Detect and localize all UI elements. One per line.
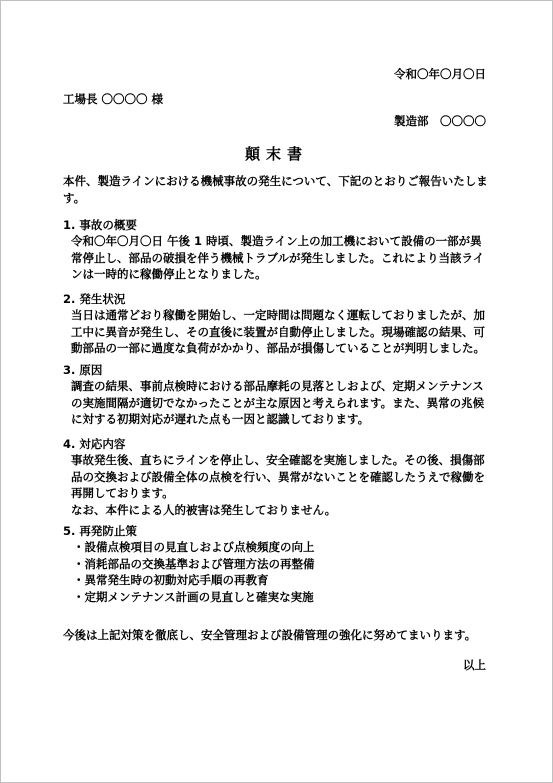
- recipient: 工場長 〇〇〇〇 様: [63, 91, 163, 107]
- section-overview: 1. 事故の概要 令和〇年〇月〇日 午後 1 時頃、製造ライン上の加工機において…: [63, 217, 489, 283]
- section-body: 令和〇年〇月〇日 午後 1 時頃、製造ライン上の加工機において設備の一部が異常停…: [63, 233, 489, 283]
- section-body: 調査の結果、事前点検時における部品摩耗の見落としおよび、定期メンテナンスの実施間…: [63, 378, 489, 428]
- list-item: 消耗部品の交換基準および管理方法の再整備: [73, 556, 489, 573]
- section-body: 事故発生後、直ちにラインを停止し、安全確認を実施しました。その後、損傷部品の交換…: [63, 452, 489, 518]
- prevention-list: 設備点検項目の見直しおよび点検頻度の向上 消耗部品の交換基準および管理方法の再整…: [63, 539, 489, 605]
- section-heading: 4. 対応内容: [63, 436, 489, 452]
- list-item: 定期メンテナンス計画の見直しと確実な実施: [73, 589, 489, 606]
- document-title: 顛末書: [1, 143, 552, 164]
- end-mark: 以上: [463, 657, 486, 673]
- section-heading: 2. 発生状況: [63, 291, 489, 307]
- sender-department: 製造部 〇〇〇〇: [394, 113, 486, 129]
- section-paragraph: 当日は通常どおり稼働を開始し、一定時間は問題なく運転しておりましたが、加工中に異…: [71, 307, 489, 357]
- section-heading: 5. 再発防止策: [63, 523, 489, 539]
- section-paragraph: なお、本件による人的被害は発生しておりません。: [71, 502, 489, 519]
- section-circumstances: 2. 発生状況 当日は通常どおり稼働を開始し、一定時間は問題なく運転しておりまし…: [63, 291, 489, 357]
- section-paragraph: 調査の結果、事前点検時における部品摩耗の見落としおよび、定期メンテナンスの実施間…: [71, 378, 489, 428]
- closing-paragraph: 今後は上記対策を徹底し、安全管理および設備管理の強化に努めてまいります。: [63, 627, 476, 643]
- section-paragraph: 令和〇年〇月〇日 午後 1 時頃、製造ライン上の加工機において設備の一部が異常停…: [71, 233, 489, 283]
- list-item: 異常発生時の初動対応手順の再教育: [73, 572, 489, 589]
- list-item: 設備点検項目の見直しおよび点検頻度の向上: [73, 539, 489, 556]
- intro-paragraph: 本件、製造ラインにおける機械事故の発生について、下記のとおりご報告いたします。: [63, 173, 489, 206]
- section-prevention: 5. 再発防止策 設備点検項目の見直しおよび点検頻度の向上 消耗部品の交換基準お…: [63, 523, 489, 605]
- section-response: 4. 対応内容 事故発生後、直ちにラインを停止し、安全確認を実施しました。その後…: [63, 436, 489, 518]
- section-body: 当日は通常どおり稼働を開始し、一定時間は問題なく運転しておりましたが、加工中に異…: [63, 307, 489, 357]
- section-cause: 3. 原因 調査の結果、事前点検時における部品摩耗の見落としおよび、定期メンテナ…: [63, 362, 489, 428]
- section-paragraph: 事故発生後、直ちにラインを停止し、安全確認を実施しました。その後、損傷部品の交換…: [71, 452, 489, 502]
- section-heading: 1. 事故の概要: [63, 217, 489, 233]
- section-heading: 3. 原因: [63, 362, 489, 378]
- document-page: 令和〇年〇月〇日 工場長 〇〇〇〇 様 製造部 〇〇〇〇 顛末書 本件、製造ライ…: [0, 0, 553, 783]
- document-date: 令和〇年〇月〇日: [394, 66, 486, 82]
